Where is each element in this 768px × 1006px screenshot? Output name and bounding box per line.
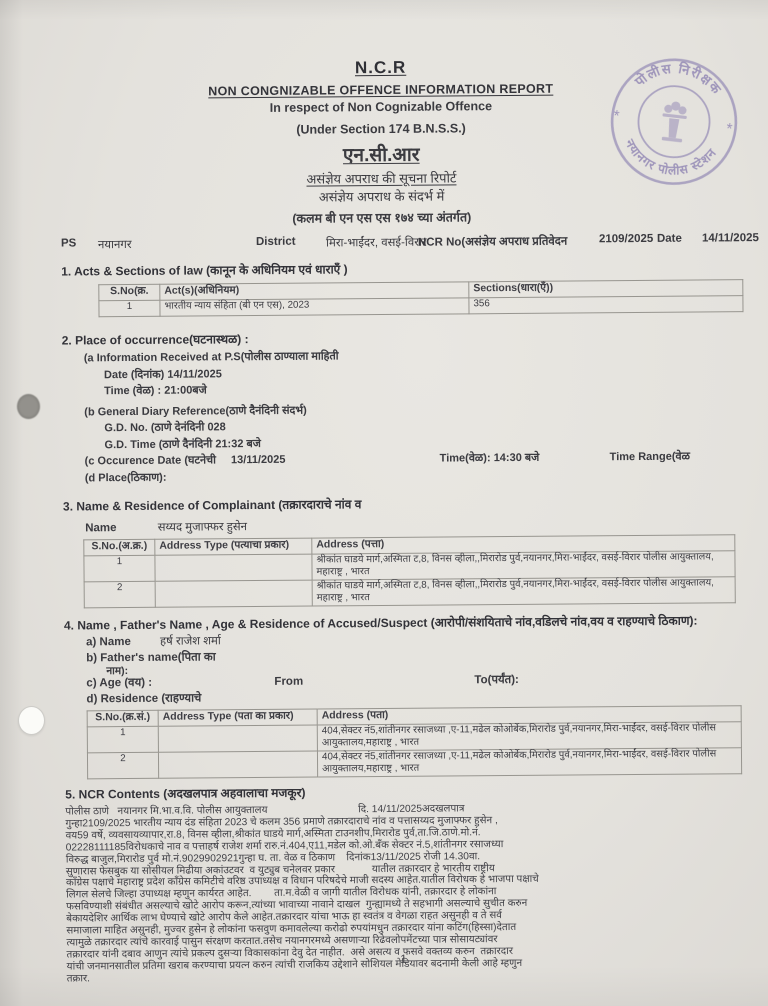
police-station-stamp: पोलीस निरीक्षक नयानगर पोलीस स्टेशन * * bbox=[597, 44, 750, 199]
table-cell bbox=[155, 580, 312, 607]
info-time-label: Time (वेळ) : bbox=[104, 385, 161, 397]
table-cell: भारतीय न्याय संहिता (बी एन एस), 2023 bbox=[160, 298, 469, 316]
info-date-value: 14/11/2025 bbox=[167, 368, 222, 380]
ncr-no-value: 2109/2025 bbox=[599, 233, 653, 245]
info-time-value: 21:00 bbox=[164, 385, 192, 397]
column-header: S.No.(क्र.सं.) bbox=[87, 710, 158, 727]
section1-heading: 1. Acts & Sections of law (कानून के अधिन… bbox=[61, 257, 766, 280]
place-label: (d Place(ठिकाण): bbox=[85, 466, 768, 484]
section4-heading: 4. Name , Father's Name , Age & Residenc… bbox=[64, 611, 768, 634]
column-header: S.No(क्र. bbox=[99, 284, 160, 300]
district-label: District bbox=[256, 236, 296, 248]
gd-time-suffix: बजे bbox=[246, 437, 261, 449]
table-cell: 1 bbox=[87, 726, 158, 753]
table-cell bbox=[155, 554, 312, 581]
column-header: Address Type (पता का प्रकार) bbox=[158, 709, 317, 726]
section3-heading: 3. Name & Residence of Complainant (तक्र… bbox=[63, 492, 768, 515]
stamp-star-right: * bbox=[725, 121, 733, 139]
column-header: Address Type (पत्याचा प्रकार) bbox=[155, 538, 312, 555]
occurrence-time: Time(वेळ): 14:30 बजे bbox=[440, 452, 540, 465]
table-cell: श्रीकांत घाडये मार्ग,अस्मिता ट,8, विनस व… bbox=[312, 577, 735, 606]
complainant-address-table: S.No.(अ.क्र.)Address Type (पत्याचा प्रका… bbox=[83, 534, 736, 608]
table-cell bbox=[158, 751, 317, 778]
punch-hole-bottom bbox=[18, 706, 45, 735]
table-cell: श्रीकांत घाडये मार्ग,अस्मिता ट,8, विनस व… bbox=[312, 551, 735, 580]
section5-heading: 5. NCR Contents (अदखलपात्र अहवालाचा मजकू… bbox=[65, 780, 768, 803]
age-label: c) Age (वय) : bbox=[86, 677, 152, 690]
column-header: S.No.(अ.क्र.) bbox=[84, 539, 155, 556]
gd-reference-label: (b General Diary Reference(ठाणे दैनंदिनी… bbox=[84, 400, 767, 418]
table-cell: 2 bbox=[84, 581, 155, 608]
info-date-line: Date (दिनांक) 14/11/2025 bbox=[104, 363, 767, 381]
gd-time-label: G.D. Time (ठाणे दैनंदिनी bbox=[104, 438, 212, 451]
info-time-suffix: बजे bbox=[192, 384, 207, 396]
gd-time-value: 21:32 bbox=[215, 438, 243, 450]
ps-value: नयानगर bbox=[98, 237, 132, 252]
accused-name-value: हर्ष राजेश शर्मा bbox=[160, 635, 221, 647]
accused-name-label: a) Name bbox=[86, 636, 131, 648]
date-value: 14/11/2025 bbox=[702, 232, 759, 244]
table-cell: 356 bbox=[469, 296, 743, 314]
accused-address-table: S.No.(क्र.सं.)Address Type (पता का प्रका… bbox=[87, 705, 743, 779]
age-from-label: From bbox=[274, 676, 303, 689]
table-cell: 1 bbox=[99, 300, 160, 316]
complainant-name-value: सय्यद मुजाफ्फर हुसेन bbox=[158, 521, 247, 534]
table-row: 2404,सेक्टर नं5,शांतीनगर रसाजध्या ,ए-11,… bbox=[87, 748, 741, 779]
info-time-line: Time (वेळ) : 21:00बजे bbox=[104, 380, 767, 398]
accused-name-line: a) Name हर्ष राजेश शर्मा bbox=[86, 631, 768, 649]
district-value: मिरा-भाईंदर, वसई-विरार bbox=[326, 235, 427, 251]
ashoka-emblem-icon bbox=[660, 100, 689, 143]
gd-no-line: G.D. No. (ठाणे देनंदिनी 028 bbox=[104, 417, 767, 435]
table-cell: 404,सेक्टर नं5,शांतीनगर रसाजध्या ,ए-11,म… bbox=[317, 748, 741, 777]
complainant-name-label: Name bbox=[85, 522, 116, 534]
table-row: 2श्रीकांत घाडये मार्ग,अस्मिता ट,8, विनस … bbox=[84, 577, 735, 608]
gd-no-label: G.D. No. (ठाणे देनंदिनी bbox=[104, 421, 204, 434]
table-cell bbox=[158, 725, 317, 752]
residence-label: d) Residence (राहण्याचे bbox=[86, 688, 768, 706]
acts-sections-table: S.No(क्र.Act(s)(अधिनियम)Sections(धारा(एँ… bbox=[98, 279, 743, 317]
info-received-label: (a Information Received at P.S(पोलीस ठाण… bbox=[84, 347, 767, 365]
table-cell: 404,सेक्टर नं5,शांतीनगर रसाजध्या ,ए-11,म… bbox=[317, 722, 741, 751]
complainant-name-line: Name सय्यद मुजाफ्फर हुसेन bbox=[85, 515, 768, 535]
gd-no-value: 028 bbox=[207, 421, 225, 433]
date-label: Date bbox=[657, 233, 682, 245]
table-cell: 1 bbox=[84, 555, 155, 582]
table-cell: 2 bbox=[87, 752, 158, 779]
occurrence-date-line: (c Occurence Date (घटनेची 13/11/2025 Tim… bbox=[85, 450, 768, 468]
gd-time-line: G.D. Time (ठाणे दैनंदिनी 21:32 बजे bbox=[104, 433, 767, 451]
report-section-ref-hi: (कलम बी एन एस एस १७४ च्या अंतर्गत) bbox=[0, 206, 766, 229]
ps-label: PS bbox=[61, 237, 76, 249]
ncr-no-label: NCR No(असंज्ञेय अपराध प्रतिवेदन bbox=[418, 234, 567, 250]
punch-hole-top bbox=[17, 394, 40, 419]
stamp-star-left: * bbox=[612, 108, 620, 126]
time-range-label: Time Range(वेळ bbox=[610, 451, 690, 464]
occurrence-date-value: 13/11/2025 bbox=[231, 454, 286, 466]
info-date-label: Date (दिनांक) bbox=[104, 368, 164, 380]
report-meta-row: PS नयानगर District मिरा-भाईंदर, वसई-विरा… bbox=[0, 232, 766, 256]
age-to-label: To(पर्यंत): bbox=[474, 674, 519, 687]
occurrence-date-label: (c Occurence Date (घटनेची bbox=[85, 454, 216, 467]
section2-heading: 2. Place of occurrence(घटनास्थळ) : bbox=[62, 326, 767, 349]
